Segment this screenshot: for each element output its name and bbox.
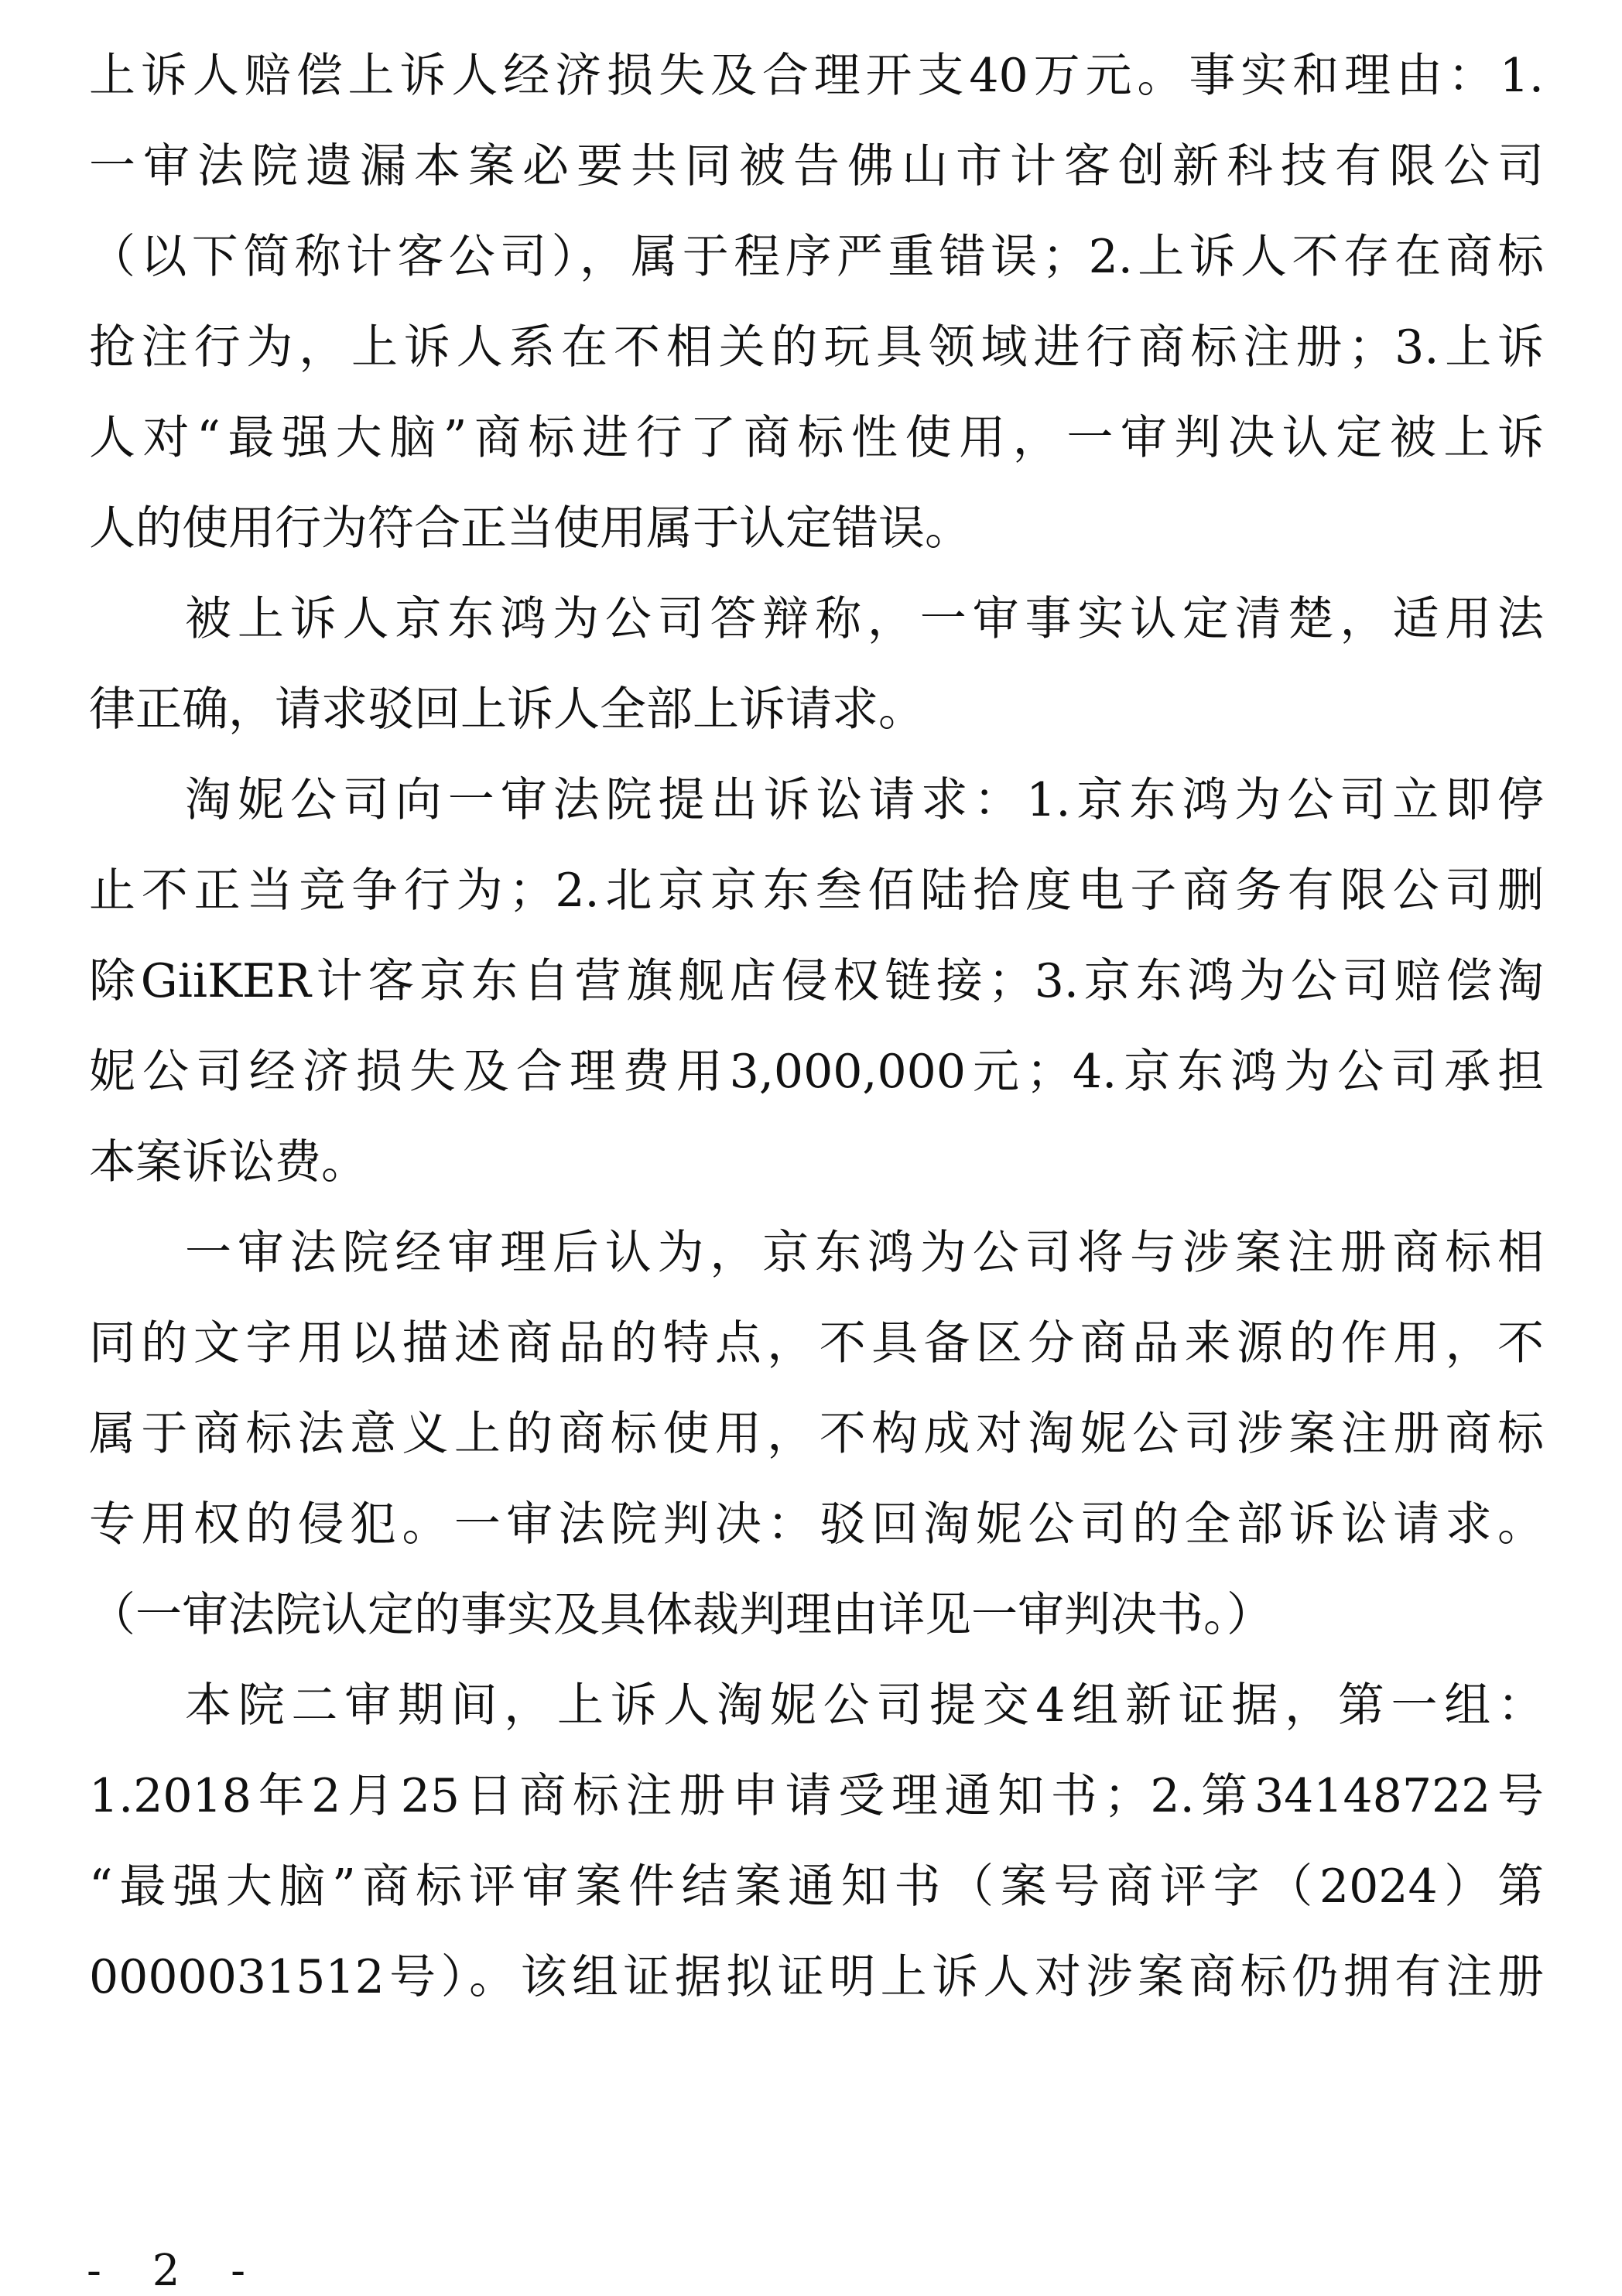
text-line: 淘妮公司向一审法院提出诉讼请求：1.京东鸿为公司立即停 — [89, 755, 1544, 846]
text-line: 0000031512号）。该组证据拟证明上诉人对涉案商标仍拥有注册 — [89, 1932, 1544, 2023]
text-line: 抢注行为，上诉人系在不相关的玩具领域进行商标注册；3.上诉 — [89, 303, 1544, 393]
text-line: 律正确，请求驳回上诉人全部上诉请求。 — [89, 665, 1544, 755]
paragraph-first-instance-claims: 淘妮公司向一审法院提出诉讼请求：1.京东鸿为公司立即停 止不正当竞争行为；2.北… — [89, 755, 1544, 1208]
text-line: 妮公司经济损失及合理费用3,000,000元；4.京东鸿为公司承担 — [89, 1027, 1544, 1117]
text-line: 人对“最强大脑”商标进行了商标性使用，一审判决认定被上诉 — [89, 393, 1544, 484]
text-line: 1.2018年2月25日商标注册申请受理通知书；2.第34148722号 — [89, 1751, 1544, 1842]
text-line: 一审法院经审理后认为，京东鸿为公司将与涉案注册商标相 — [89, 1208, 1544, 1299]
text-line: 上诉人赔偿上诉人经济损失及合理开支40万元。事实和理由：1. — [89, 31, 1544, 121]
text-line: （以下简称计客公司），属于程序严重错误；2.上诉人不存在商标 — [89, 212, 1544, 303]
text-line: 人的使用行为符合正当使用属于认定错误。 — [89, 484, 1544, 574]
text-line: 被上诉人京东鸿为公司答辩称，一审事实认定清楚，适用法 — [89, 574, 1544, 665]
paragraph-first-instance-judgment: 一审法院经审理后认为，京东鸿为公司将与涉案注册商标相 同的文字用以描述商品的特点… — [89, 1208, 1544, 1661]
text-line: 本院二审期间，上诉人淘妮公司提交4组新证据，第一组： — [89, 1661, 1544, 1751]
text-line: 一审法院遗漏本案必要共同被告佛山市计客创新科技有限公司 — [89, 121, 1544, 212]
text-line: 属于商标法意义上的商标使用，不构成对淘妮公司涉案注册商标 — [89, 1389, 1544, 1480]
text-line: 除GiiKER计客京东自营旗舰店侵权链接；3.京东鸿为公司赔偿淘 — [89, 936, 1544, 1027]
paragraph-appeal-reasons: 上诉人赔偿上诉人经济损失及合理开支40万元。事实和理由：1. 一审法院遗漏本案必… — [89, 31, 1544, 574]
page-number: - 2 - — [87, 2248, 264, 2294]
text-line: “最强大脑”商标评审案件结案通知书（案号商评字（2024）第 — [89, 1842, 1544, 1932]
document-page: 上诉人赔偿上诉人经济损失及合理开支40万元。事实和理由：1. 一审法院遗漏本案必… — [89, 31, 1544, 2023]
text-line: （一审法院认定的事实及具体裁判理由详见一审判决书。） — [89, 1570, 1544, 1661]
paragraph-second-instance-evidence: 本院二审期间，上诉人淘妮公司提交4组新证据，第一组： 1.2018年2月25日商… — [89, 1661, 1544, 2023]
text-line: 专用权的侵犯。一审法院判决：驳回淘妮公司的全部诉讼请求。 — [89, 1480, 1544, 1570]
paragraph-appellee-defense: 被上诉人京东鸿为公司答辩称，一审事实认定清楚，适用法 律正确，请求驳回上诉人全部… — [89, 574, 1544, 755]
text-line: 止不正当竞争行为；2.北京京东叁佰陆拾度电子商务有限公司删 — [89, 846, 1544, 936]
text-line: 本案诉讼费。 — [89, 1117, 1544, 1208]
text-line: 同的文字用以描述商品的特点，不具备区分商品来源的作用，不 — [89, 1299, 1544, 1389]
